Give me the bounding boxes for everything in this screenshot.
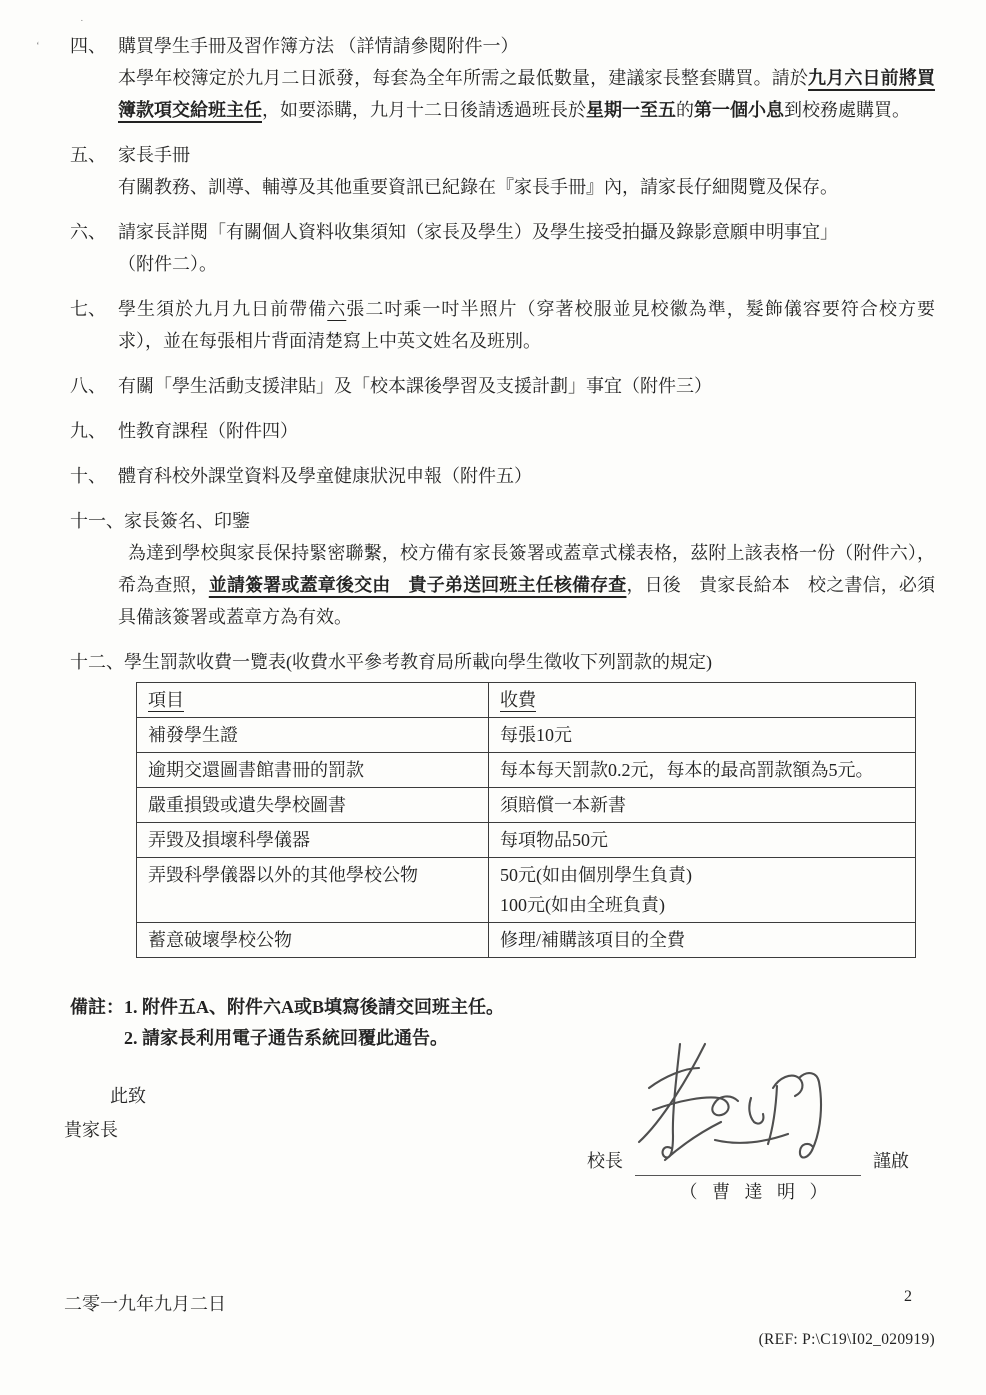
item-cell: 弄毀科學儀器以外的其他學校公物 xyxy=(137,858,489,923)
fee-cell: 須賠償一本新書 xyxy=(489,788,916,823)
table-header-cell: 收費 xyxy=(489,683,916,718)
item-cell: 弄毀及損壞科學儀器 xyxy=(137,823,489,858)
fines-table: 項目 收費 補發學生證 每張10元 逾期交還圖書館書冊的罰款 每本每天罰款0.2… xyxy=(136,682,916,958)
table-row: 弄毀科學儀器以外的其他學校公物 50元(如由個別學生負責) 100元(如由全班負… xyxy=(137,858,916,923)
col-header-item: 項目 xyxy=(148,690,184,710)
notice-item-12: 十二、 學生罰款收費一覽表(收費水平參考教育局所載向學生徵收下列罰款的規定) xyxy=(70,646,935,678)
item-body: 本學年校簿定於九月二日派發，每套為全年所需之最低數量，建議家長整套購買。請於九月… xyxy=(118,62,935,126)
remarks-label: 備註： xyxy=(70,992,124,1054)
item-body: 為達到學校與家長保持緊密聯繫，校方備有家長簽署或蓋章式樣表格，茲附上該表格一份（… xyxy=(118,537,935,633)
closing-recipient: 貴家長 xyxy=(64,1114,146,1146)
signature-block: 校長 謹啟 （ 曹 達 明 ） xyxy=(587,1080,909,1248)
scan-artifact: ˙ xyxy=(80,8,84,40)
item-title: 家長手冊 xyxy=(118,139,935,171)
item-title: 性教育課程（附件四） xyxy=(118,415,935,447)
fee-cell: 每項物品50元 xyxy=(489,823,916,858)
item-title: 家長簽名、印鑒 xyxy=(124,505,935,537)
notice-item-7: 七、 學生須於九月九日前帶備六張二吋乘一吋半照片（穿著校服並見校徽為準，髮飾儀容… xyxy=(70,293,935,357)
file-reference: (REF: P:\C19\I02_020919) xyxy=(70,1324,935,1356)
closing-salute: 此致 xyxy=(110,1080,146,1112)
item-cell: 嚴重損毀或遺失學校圖書 xyxy=(137,788,489,823)
item-number: 五、 xyxy=(70,139,118,171)
school-notice-page-2: ‘ ˙ 四、 購買學生手冊及習作簿方法 （詳情請參閱附件一） 本學年校簿定於九月… xyxy=(0,0,986,1395)
item-number: 六、 xyxy=(70,216,118,280)
fee-cell: 修理/補購該項目的全費 xyxy=(489,923,916,958)
closing-and-signature: 此致 貴家長 校長 謹啟 （ 曹 達 明 ） xyxy=(70,1080,935,1248)
table-header-row: 項目 收費 xyxy=(137,683,916,718)
item-cell: 補發學生證 xyxy=(137,718,489,753)
item-body: 有關教務、訓導、輔導及其他重要資訊已紀錄在『家長手冊』內，請家長仔細閱覽及保存。 xyxy=(118,171,935,203)
item-title: 購買學生手冊及習作簿方法 （詳情請參閱附件一） xyxy=(118,30,935,62)
item-number: 七、 xyxy=(70,293,118,357)
remark-1: 1. 附件五A、附件六A或B填寫後請交回班主任。 xyxy=(124,992,504,1023)
item-number: 四、 xyxy=(70,30,118,62)
table-row: 嚴重損毀或遺失學校圖書 須賠償一本新書 xyxy=(137,788,916,823)
item-cell: 逾期交還圖書館書冊的罰款 xyxy=(137,753,489,788)
item-title: 體育科校外課堂資料及學童健康狀況申報（附件五） xyxy=(118,460,935,492)
notice-date: 二零一九年九月二日 xyxy=(64,1288,935,1320)
notice-item-10: 十、 體育科校外課堂資料及學童健康狀況申報（附件五） xyxy=(70,460,935,492)
item-cell: 蓄意破壞學校公物 xyxy=(137,923,489,958)
item-number: 十、 xyxy=(70,460,118,492)
table-row: 弄毀及損壞科學儀器 每項物品50元 xyxy=(137,823,916,858)
item-number: 八、 xyxy=(70,370,118,402)
notice-item-5: 五、 家長手冊 有關教務、訓導、輔導及其他重要資訊已紀錄在『家長手冊』內，請家長… xyxy=(70,139,935,203)
table-header-cell: 項目 xyxy=(137,683,489,718)
remarks-lines: 1. 附件五A、附件六A或B填寫後請交回班主任。 2. 請家長利用電子通告系統回… xyxy=(124,992,504,1054)
notice-item-6: 六、 請家長詳閱「有關個人資料收集須知（家長及學生）及學生接受拍攝及錄影意願申明… xyxy=(70,216,935,280)
fee-cell: 每張10元 xyxy=(489,718,916,753)
notice-item-11: 十一、 家長簽名、印鑒 為達到學校與家長保持緊密聯繫，校方備有家長簽署或蓋章式樣… xyxy=(70,505,935,633)
fee-cell: 50元(如由個別學生負責) 100元(如由全班負責) xyxy=(489,858,916,923)
table-row: 蓄意破壞學校公物 修理/補購該項目的全費 xyxy=(137,923,916,958)
remark-2: 2. 請家長利用電子通告系統回覆此通告。 xyxy=(124,1023,504,1054)
item-body: 請家長詳閱「有關個人資料收集須知（家長及學生）及學生接受拍攝及錄影意願申明事宜」… xyxy=(118,216,935,280)
closing: 此致 貴家長 xyxy=(70,1080,146,1248)
item-number: 九、 xyxy=(70,415,118,447)
principal-signature-handwriting xyxy=(625,1038,835,1170)
principal-name: （ 曹 達 明 ） xyxy=(643,1176,869,1208)
fee-cell: 每本每天罰款0.2元，每本的最高罰款額為5元。 xyxy=(489,753,916,788)
valediction: 謹啟 xyxy=(873,1146,909,1176)
scan-artifact: ‘ xyxy=(36,30,40,62)
notice-item-8: 八、 有關「學生活動支援津貼」及「校本課後學習及支援計劃」事宜（附件三） xyxy=(70,370,935,402)
item-title: 有關「學生活動支援津貼」及「校本課後學習及支援計劃」事宜（附件三） xyxy=(118,370,935,402)
notice-item-4: 四、 購買學生手冊及習作簿方法 （詳情請參閱附件一） 本學年校簿定於九月二日派發… xyxy=(70,30,935,126)
col-header-fee: 收費 xyxy=(500,690,536,710)
item-title: 學生罰款收費一覽表(收費水平參考教育局所載向學生徵收下列罰款的規定) xyxy=(124,646,935,678)
item-body: 學生須於九月九日前帶備六張二吋乘一吋半照片（穿著校服並見校徽為準，髮飾儀容要符合… xyxy=(118,293,935,357)
notice-item-9: 九、 性教育課程（附件四） xyxy=(70,415,935,447)
principal-label: 校長 xyxy=(587,1146,623,1176)
table-row: 逾期交還圖書館書冊的罰款 每本每天罰款0.2元，每本的最高罰款額為5元。 xyxy=(137,753,916,788)
page-number: 2 xyxy=(904,1281,912,1313)
item-number: 十二、 xyxy=(70,646,124,678)
item-number: 十一、 xyxy=(70,505,124,537)
table-row: 補發學生證 每張10元 xyxy=(137,718,916,753)
